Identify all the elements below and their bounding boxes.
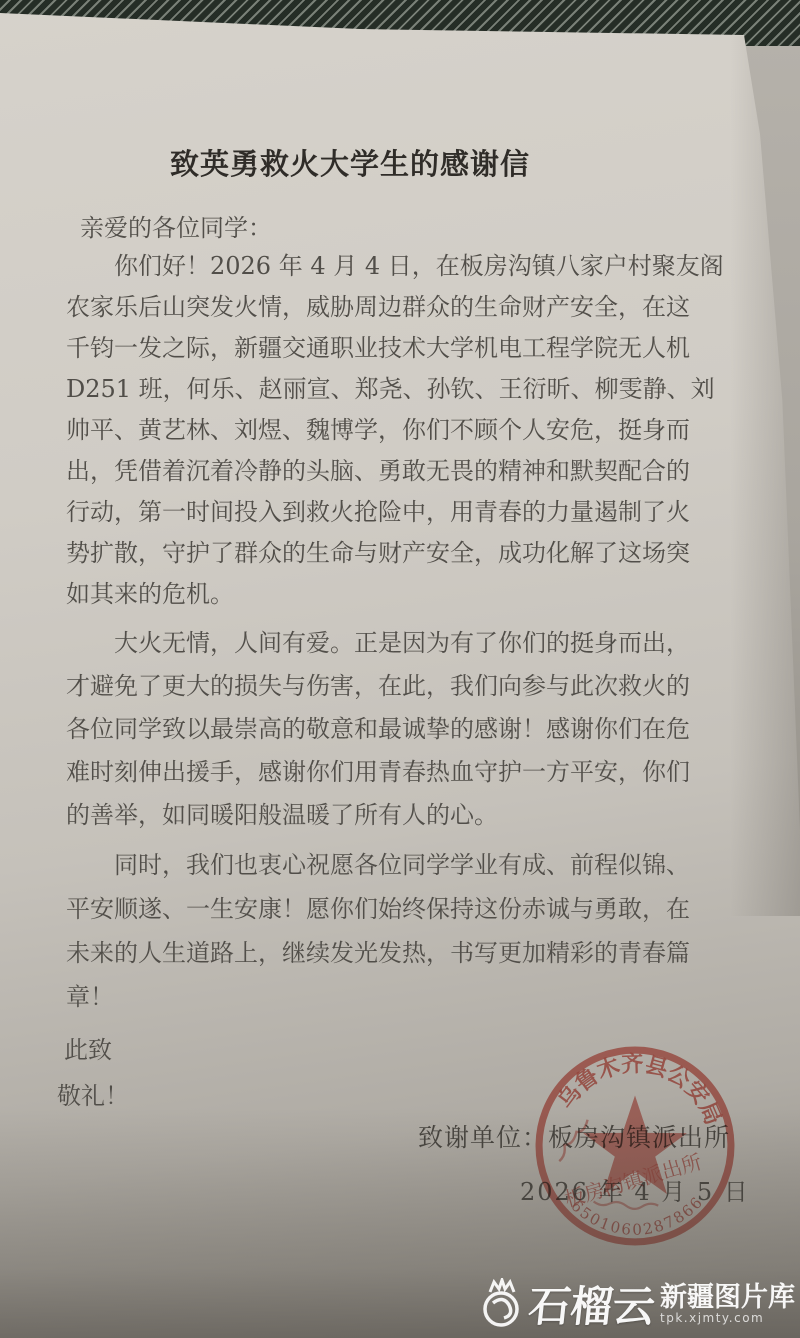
- letter-line: 大火无情，人间有爱。正是因为有了你们的挺身而出，: [66, 622, 728, 665]
- pomegranate-logo-icon: [478, 1278, 524, 1330]
- watermark-url: tpk.xjmty.com: [660, 1312, 795, 1325]
- letter-line: 未来的人生道路上，继续发光发热，书写更加精彩的青春篇: [66, 931, 728, 975]
- letter-paper: 致英勇救火大学生的感谢信 亲爱的各位同学： 你们好！2026 年 4 月 4 日…: [0, 0, 800, 1338]
- closing-jingli: 敬礼！: [57, 1076, 129, 1111]
- letter-line: 出，凭借着沉着冷静的头脑、勇敢无畏的精神和默契配合的: [66, 451, 728, 492]
- letter-line: 你们好！2026 年 4 月 4 日，在板房沟镇八家户村聚友阁: [66, 246, 728, 287]
- letter-line: 平安顺遂、一生安康！愿你们始终保持这份赤诚与勇敢，在: [66, 887, 728, 931]
- watermark-library-name: 新疆图片库: [660, 1284, 795, 1312]
- letter-line: 难时刻伸出援手，感谢你们用青春热血守护一方平安，你们: [66, 751, 728, 794]
- letter-line: 各位同学致以最崇高的敬意和最诚挚的感谢！感谢你们在危: [66, 708, 728, 751]
- letter-photo: 致英勇救火大学生的感谢信 亲爱的各位同学： 你们好！2026 年 4 月 4 日…: [0, 0, 800, 1338]
- watermark-brand: 石榴云: [526, 1274, 658, 1334]
- paragraph: 大火无情，人间有爱。正是因为有了你们的挺身而出，才避免了更大的损失与伤害，在此，…: [66, 622, 728, 837]
- letter-line: D251 班，何乐、赵丽宣、郑尧、孙钦、王衍昕、柳雯静、刘: [66, 369, 728, 410]
- letter-line: 章！: [66, 975, 728, 1019]
- closing-cizhi: 此致: [64, 1030, 112, 1065]
- letter-line: 的善举，如同暖阳般温暖了所有人的心。: [66, 794, 728, 837]
- letter-line: 势扩散，守护了群众的生命与财产安全，成功化解了这场突: [66, 533, 728, 574]
- letter-line: 农家乐后山突发火情，威胁周边群众的生命财产安全，在这: [66, 287, 728, 328]
- paragraph: 同时，我们也衷心祝愿各位同学学业有成、前程似锦、平安顺遂、一生安康！愿你们始终保…: [66, 843, 728, 1019]
- letter-line: 帅平、黄艺林、刘煜、魏博学，你们不顾个人安危，挺身而: [66, 410, 728, 451]
- letter-line: 如其来的危机。: [66, 574, 728, 615]
- letter-line: 行动，第一时间投入到救火抢险中，用青春的力量遏制了火: [66, 492, 728, 533]
- paragraph: 你们好！2026 年 4 月 4 日，在板房沟镇八家户村聚友阁农家乐后山突发火情…: [66, 246, 728, 615]
- stock-photo-watermark: 石榴云 新疆图片库 tpk.xjmty.com: [478, 1274, 798, 1334]
- letter-line: 同时，我们也衷心祝愿各位同学学业有成、前程似锦、: [66, 843, 728, 887]
- letter-line: 千钧一发之际，新疆交通职业技术大学机电工程学院无人机: [66, 328, 728, 369]
- letter-line: 才避免了更大的损失与伤害，在此，我们向参与此次救火的: [66, 665, 728, 708]
